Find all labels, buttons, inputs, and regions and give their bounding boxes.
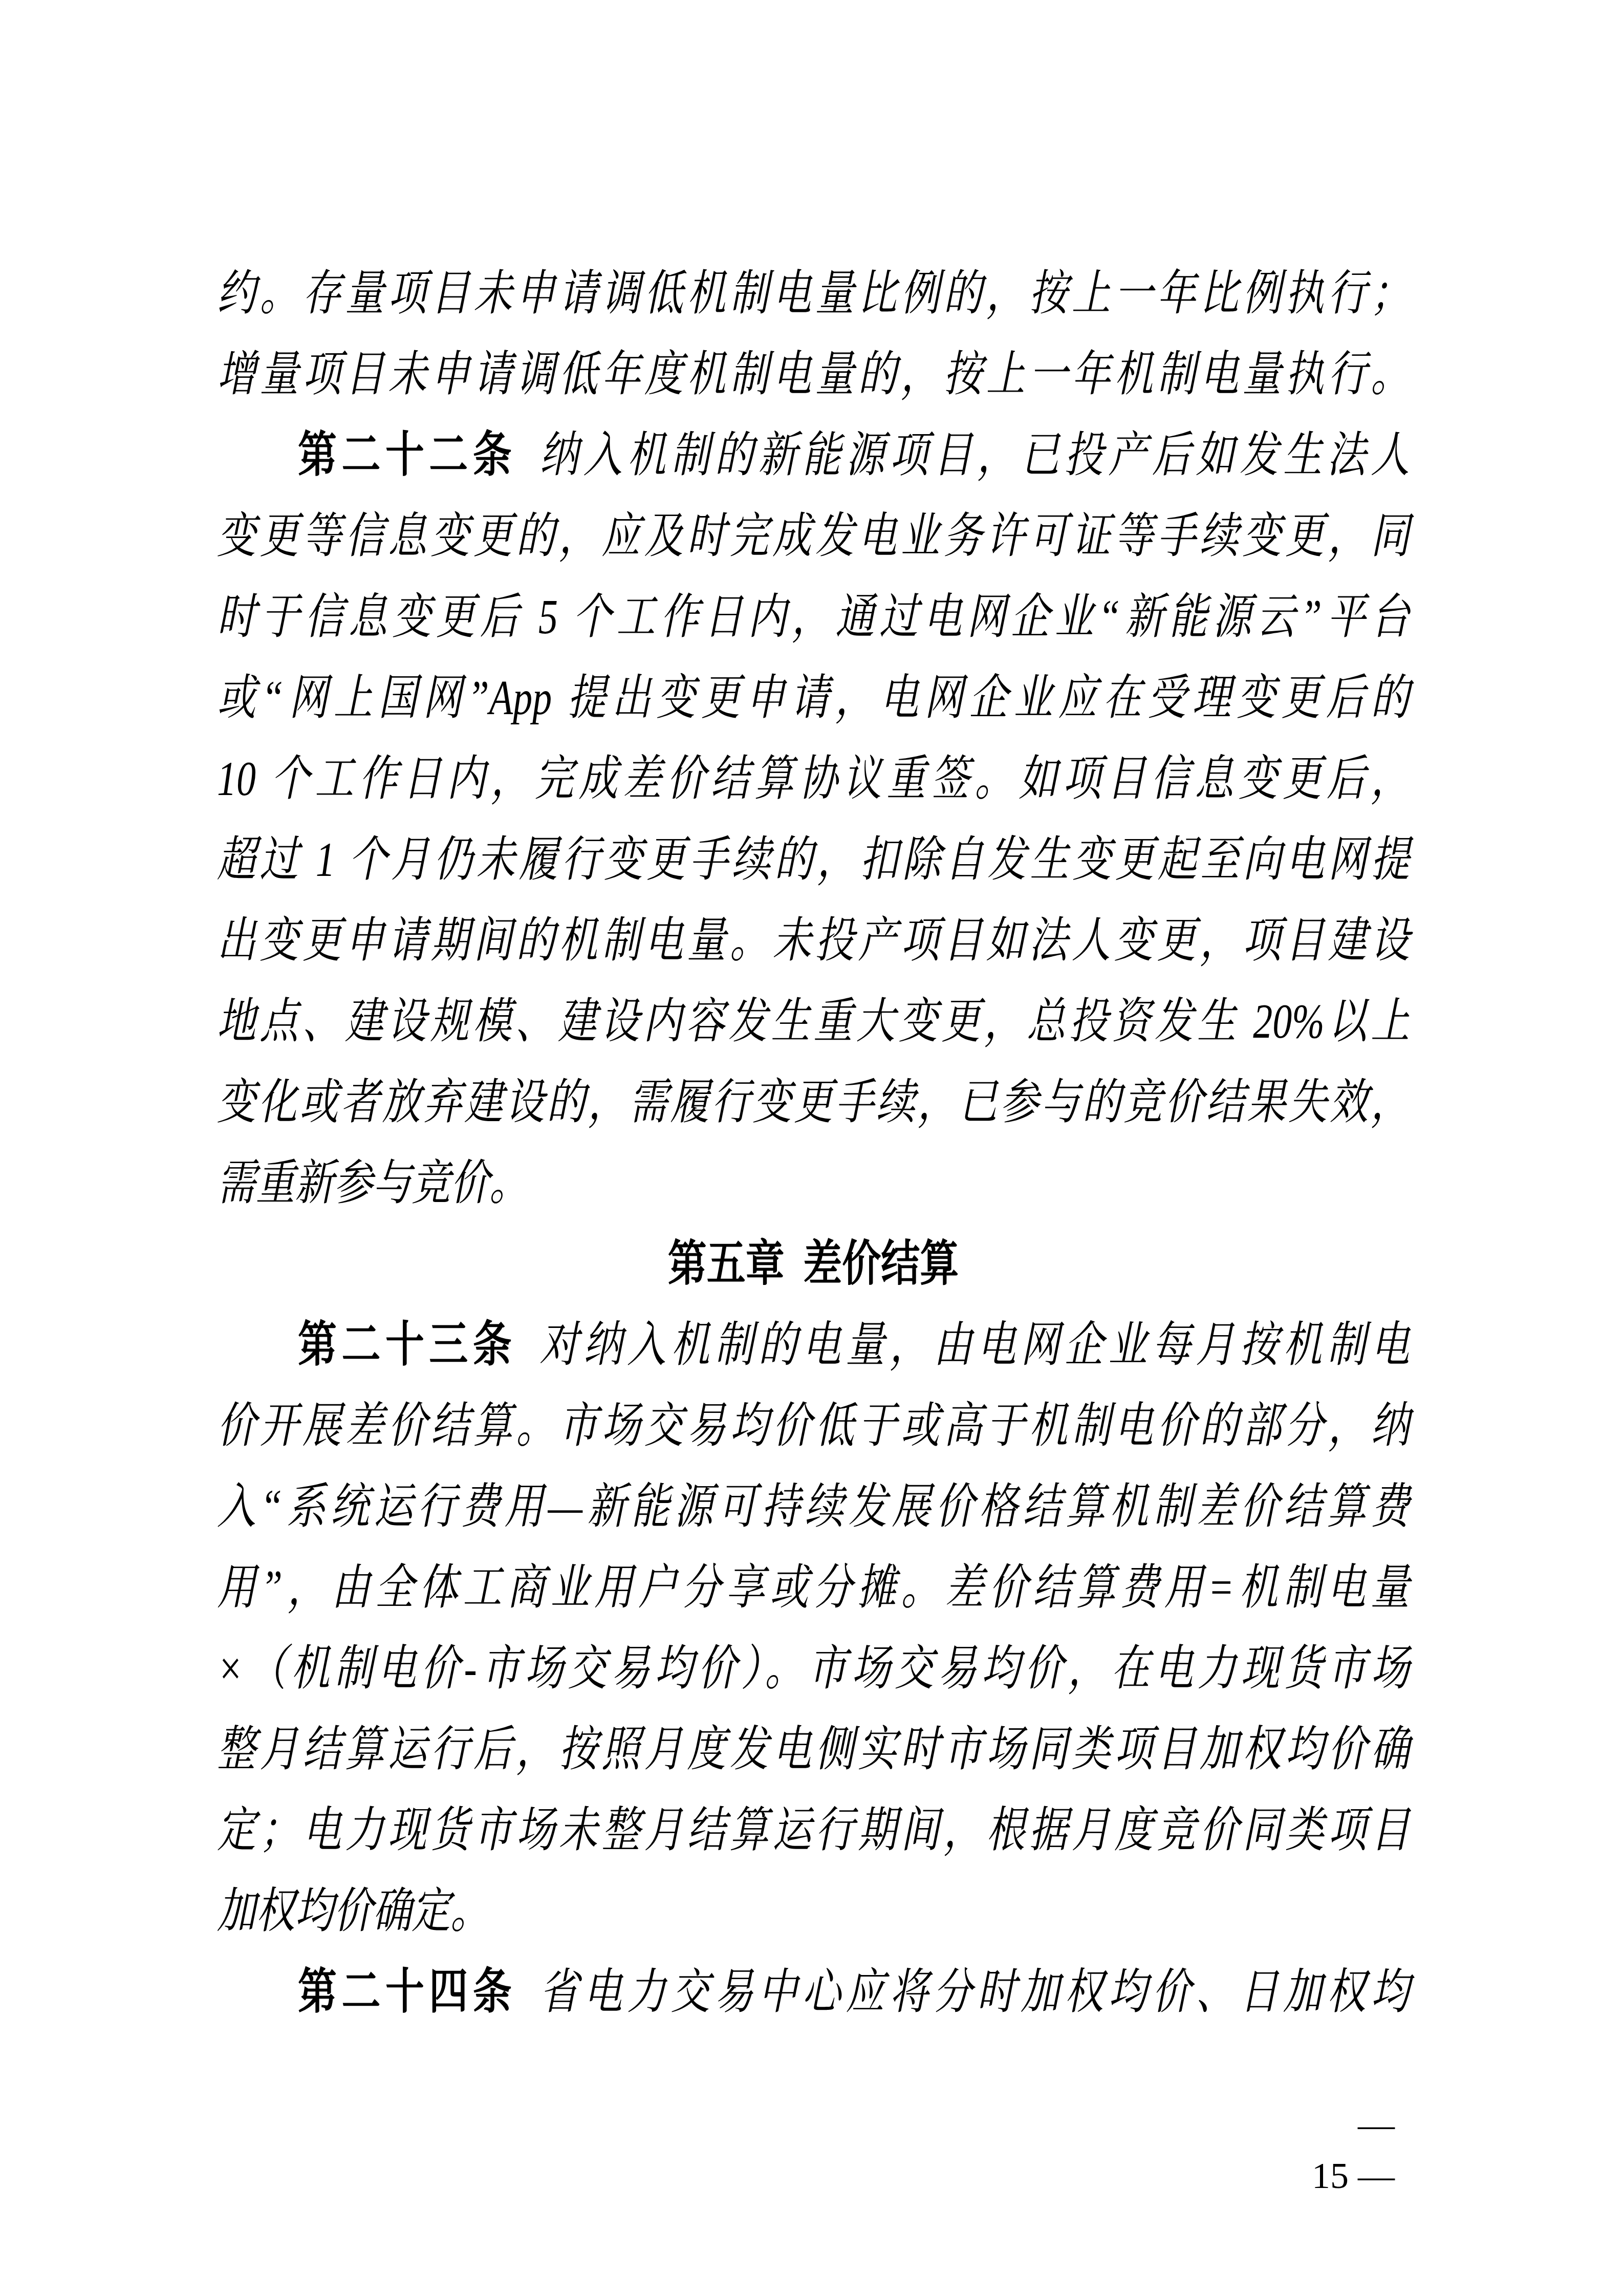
article-number: 第二十三条: [298, 1318, 516, 1372]
document-page: 约。存量项目未申请调低机制电量比例的，按上一年比例执行； 增量项目未申请调低年度…: [0, 0, 1624, 2296]
line-text: 10 个工作日内，完成差价结算协议重签。如项目信息变更后，: [217, 753, 1410, 806]
line-text: 时于信息变更后 5 个工作日内，通过电网企业“新能源云”平台: [217, 591, 1410, 645]
line-text: 整月结算运行后，按照月度发电侧实时市场同类项目加权均价确: [217, 1723, 1410, 1777]
chapter-heading-text: 第五章 差价结算: [668, 1237, 959, 1291]
line-text: 出变更申请期间的机制电量。未投产项目如法人变更，项目建设: [217, 914, 1410, 968]
line-text: 加权均价确定。: [217, 1885, 489, 1939]
footer-page-number: 15 —: [1312, 2150, 1395, 2201]
line-text: 变更等信息变更的，应及时完成发电业务许可证等手续变更，同: [217, 510, 1410, 564]
line-text: 超过 1 个月仍未履行变更手续的，扣除自发生变更起至向电网提: [217, 833, 1410, 887]
footer-overline-dash: —: [1312, 2099, 1395, 2150]
line-text: 或“网上国网”App 提出变更申请，电网企业应在受理变更后的: [217, 672, 1410, 725]
line-text: 增量项目未申请调低年度机制电量的，按上一年机制电量执行。: [217, 348, 1410, 402]
line-text: 价开展差价结算。市场交易均价低于或高于机制电价的部分，纳: [217, 1400, 1410, 1453]
line-text: 地点、建设规模、建设内容发生重大变更，总投资发生 20%以上: [217, 995, 1410, 1049]
page-footer: — 15 —: [1312, 2099, 1395, 2201]
line-text: 纳入机制的新能源项目，已投产后如发生法人: [539, 429, 1410, 483]
line-text: 用”，由全体工商业用户分享或分摊。差价结算费用=机制电量: [217, 1561, 1410, 1615]
line-text: 定；电力现货市场未整月结算运行期间，根据月度竞价同类项目: [217, 1804, 1410, 1858]
line-text: 入“系统运行费用—新能源可持续发展价格结算机制差价结算费: [217, 1480, 1410, 1534]
text-line-article-start: 第二十四条省电力交易中心应将分时加权均价、日加权均: [217, 1942, 1410, 2043]
line-text: 变化或者放弃建设的，需履行变更手续，已参与的竞价结果失效，: [217, 1076, 1410, 1130]
document-body: 约。存量项目未申请调低机制电量比例的，按上一年比例执行； 增量项目未申请调低年度…: [217, 253, 1410, 2033]
article-number: 第二十四条: [298, 1965, 516, 2019]
line-text: 需重新参与竞价。: [217, 1157, 528, 1211]
article-number: 第二十二条: [298, 428, 516, 482]
line-text: 省电力交易中心应将分时加权均价、日加权均: [539, 1966, 1410, 2020]
line-text: 对纳入机制的电量，由电网企业每月按机制电: [539, 1319, 1410, 1372]
line-text: ×（机制电价-市场交易均价）。市场交易均价，在电力现货市场: [217, 1642, 1410, 1696]
line-text: 约。存量项目未申请调低机制电量比例的，按上一年比例执行；: [217, 267, 1410, 321]
